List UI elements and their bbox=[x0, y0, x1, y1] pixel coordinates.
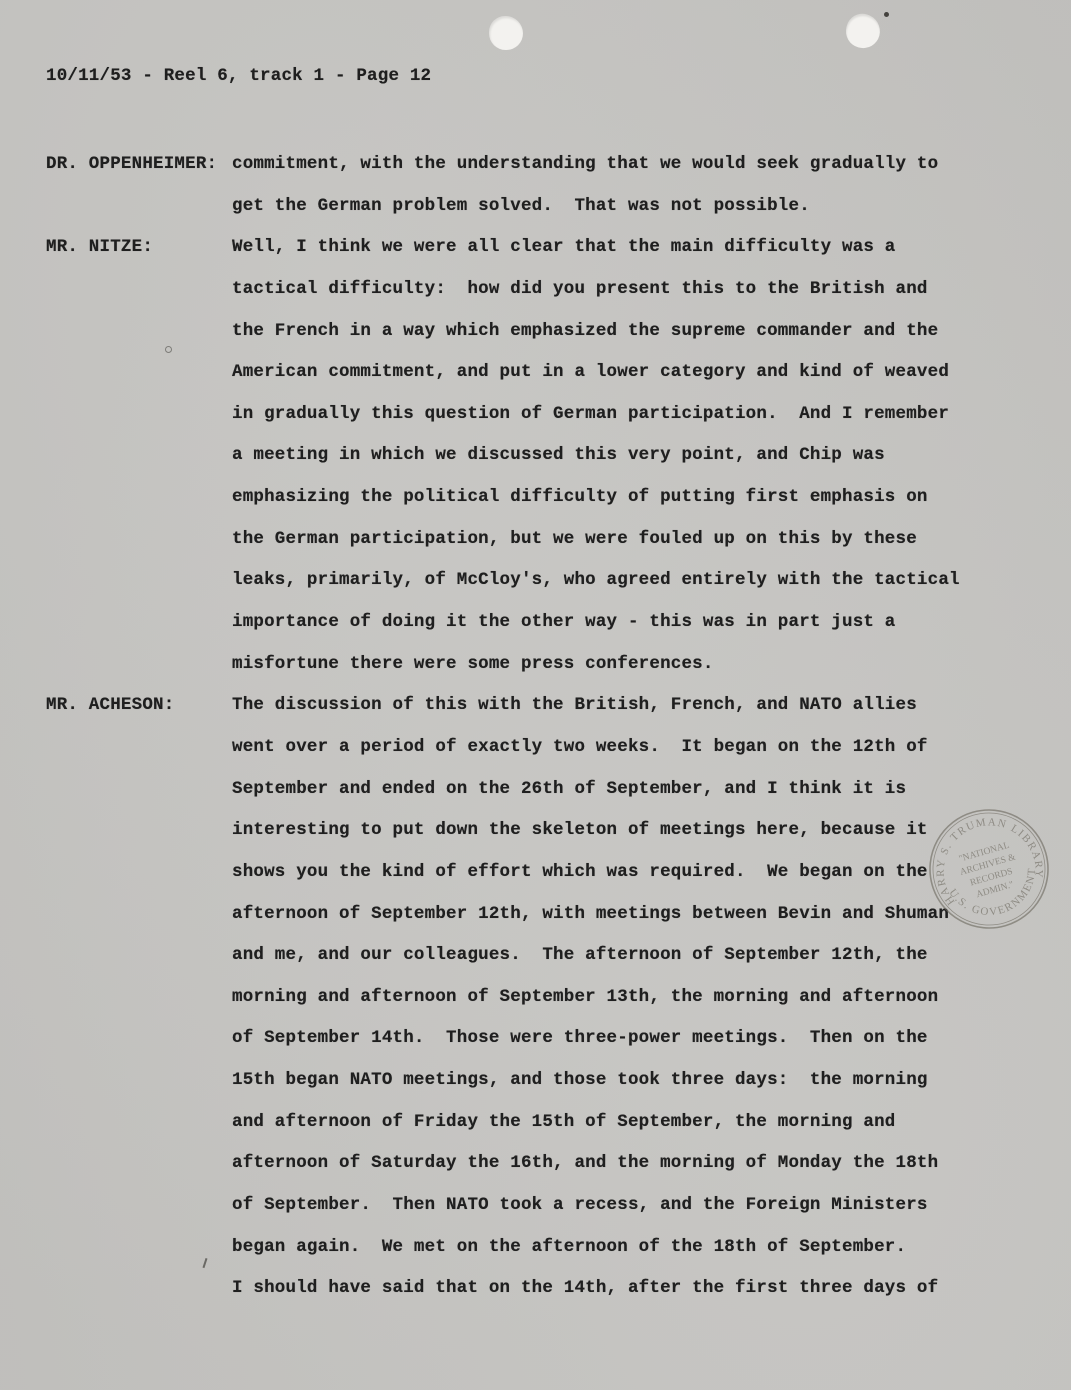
line-text: morning and afternoon of September 13th,… bbox=[232, 987, 938, 1007]
line-text: September and ended on the 26th of Septe… bbox=[232, 779, 906, 799]
line-text: importance of doing it the other way - t… bbox=[232, 612, 896, 632]
transcript-line: misfortune there were some press confere… bbox=[46, 644, 960, 686]
transcript-line: of September 14th. Those were three-powe… bbox=[46, 1018, 960, 1060]
paper-speck bbox=[884, 12, 889, 17]
line-text: of September. Then NATO took a recess, a… bbox=[232, 1195, 928, 1215]
speaker-label: MR. ACHESON: bbox=[46, 685, 232, 727]
page-header: 10/11/53 - Reel 6, track 1 - Page 12 bbox=[46, 66, 431, 86]
line-text: commitment, with the understanding that … bbox=[232, 154, 938, 174]
line-text: and afternoon of Friday the 15th of Sept… bbox=[232, 1112, 896, 1132]
line-text: and me, and our colleagues. The afternoo… bbox=[232, 945, 928, 965]
transcript-line: went over a period of exactly two weeks.… bbox=[46, 727, 960, 769]
punch-hole-right bbox=[842, 10, 884, 52]
line-text: Well, I think we were all clear that the… bbox=[232, 237, 896, 257]
transcript-line: the French in a way which emphasized the… bbox=[46, 311, 960, 353]
line-text: tactical difficulty: how did you present… bbox=[232, 279, 928, 299]
transcript-line: afternoon of Saturday the 16th, and the … bbox=[46, 1143, 960, 1185]
transcript-line: morning and afternoon of September 13th,… bbox=[46, 977, 960, 1019]
line-text: emphasizing the political difficulty of … bbox=[232, 487, 928, 507]
line-text: a meeting in which we discussed this ver… bbox=[232, 445, 885, 465]
line-text: 15th began NATO meetings, and those took… bbox=[232, 1070, 928, 1090]
line-text: The discussion of this with the British,… bbox=[232, 695, 917, 715]
transcript-line: 15th began NATO meetings, and those took… bbox=[46, 1060, 960, 1102]
transcript-line: I should have said that on the 14th, aft… bbox=[46, 1268, 960, 1310]
transcript-line: in gradually this question of German par… bbox=[46, 394, 960, 436]
line-text: American commitment, and put in a lower … bbox=[232, 362, 949, 382]
line-text: the French in a way which emphasized the… bbox=[232, 321, 938, 341]
transcript-line: September and ended on the 26th of Septe… bbox=[46, 769, 960, 811]
line-text: misfortune there were some press confere… bbox=[232, 654, 714, 674]
line-text: interesting to put down the skeleton of … bbox=[232, 820, 928, 840]
line-text: I should have said that on the 14th, aft… bbox=[232, 1278, 938, 1298]
transcript-line: interesting to put down the skeleton of … bbox=[46, 810, 960, 852]
line-text: of September 14th. Those were three-powe… bbox=[232, 1028, 928, 1048]
transcript-line: leaks, primarily, of McCloy's, who agree… bbox=[46, 560, 960, 602]
speaker-label: DR. OPPENHEIMER: bbox=[46, 144, 232, 186]
transcript-line: MR. NITZE:Well, I think we were all clea… bbox=[46, 227, 960, 269]
line-text: afternoon of September 12th, with meetin… bbox=[232, 904, 949, 924]
transcript-line: and afternoon of Friday the 15th of Sept… bbox=[46, 1102, 960, 1144]
line-text: shows you the kind of effort which was r… bbox=[232, 862, 928, 882]
transcript-line: shows you the kind of effort which was r… bbox=[46, 852, 960, 894]
transcript-line: importance of doing it the other way - t… bbox=[46, 602, 960, 644]
transcript-line: a meeting in which we discussed this ver… bbox=[46, 435, 960, 477]
stamp-center-text: "NATIONAL ARCHIVES & RECORDS ADMIN." bbox=[955, 840, 1024, 903]
speaker-label: MR. NITZE: bbox=[46, 227, 232, 269]
transcript-line: get the German problem solved. That was … bbox=[46, 186, 960, 228]
line-text: went over a period of exactly two weeks.… bbox=[232, 737, 928, 757]
line-text: in gradually this question of German par… bbox=[232, 404, 949, 424]
transcript-line: of September. Then NATO took a recess, a… bbox=[46, 1185, 960, 1227]
transcript-line: MR. ACHESON:The discussion of this with … bbox=[46, 685, 960, 727]
line-text: afternoon of Saturday the 16th, and the … bbox=[232, 1153, 938, 1173]
punch-hole-left bbox=[489, 16, 523, 50]
transcript-line: the German participation, but we were fo… bbox=[46, 519, 960, 561]
line-text: get the German problem solved. That was … bbox=[232, 196, 810, 216]
document-page: 10/11/53 - Reel 6, track 1 - Page 12 DR.… bbox=[0, 0, 1071, 1390]
transcript-line: American commitment, and put in a lower … bbox=[46, 352, 960, 394]
transcript-line: afternoon of September 12th, with meetin… bbox=[46, 894, 960, 936]
transcript-line: began again. We met on the afternoon of … bbox=[46, 1227, 960, 1269]
line-text: began again. We met on the afternoon of … bbox=[232, 1237, 906, 1257]
transcript-line: emphasizing the political difficulty of … bbox=[46, 477, 960, 519]
transcript-line: DR. OPPENHEIMER:commitment, with the und… bbox=[46, 144, 960, 186]
transcript-line: tactical difficulty: how did you present… bbox=[46, 269, 960, 311]
line-text: leaks, primarily, of McCloy's, who agree… bbox=[232, 570, 960, 590]
line-text: the German participation, but we were fo… bbox=[232, 529, 917, 549]
transcript-line: and me, and our colleagues. The afternoo… bbox=[46, 935, 960, 977]
transcript-body: DR. OPPENHEIMER:commitment, with the und… bbox=[46, 144, 960, 1310]
